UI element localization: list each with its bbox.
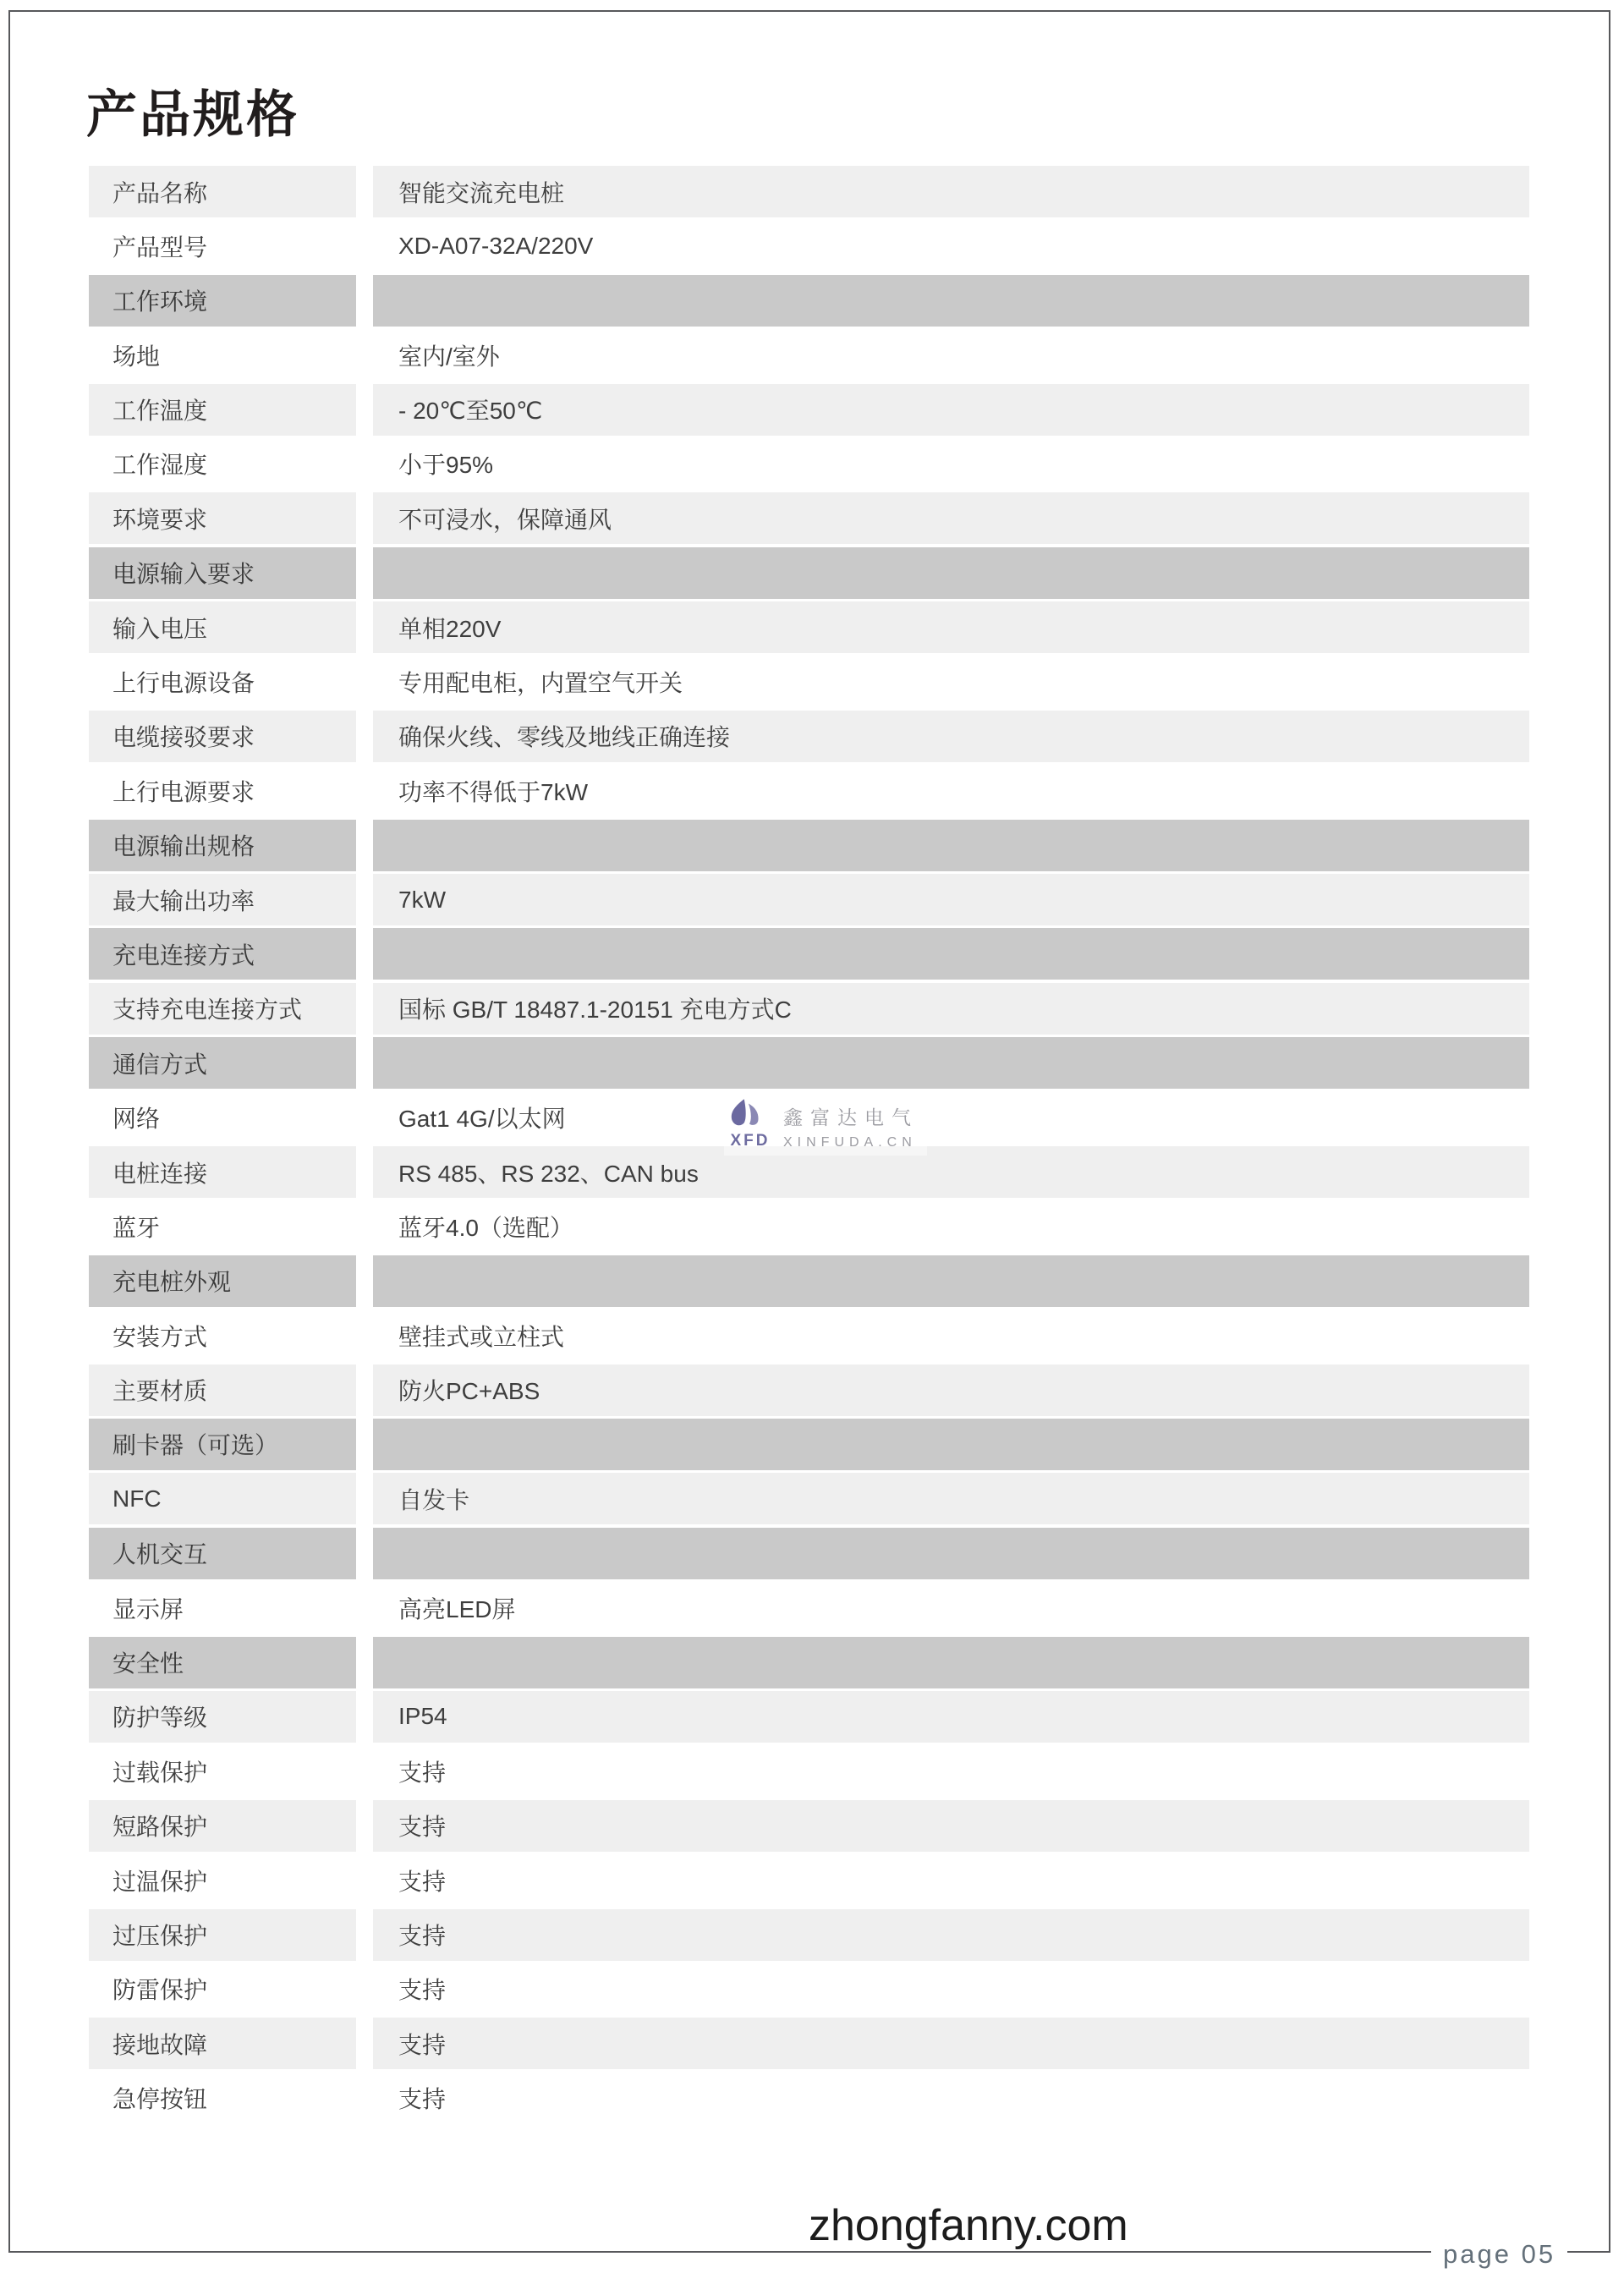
spec-row: 环境要求不可浸水，保障通风	[89, 492, 1529, 544]
spec-value-cell: 支持	[373, 2073, 1529, 2124]
spec-value-cell	[373, 275, 1529, 327]
spec-label-cell: 充电连接方式	[89, 928, 356, 980]
spec-value-cell: 专用配电柜，内置空气开关	[373, 656, 1529, 708]
spec-label-cell: 环境要求	[89, 492, 356, 544]
spec-label-cell: 工作环境	[89, 275, 356, 327]
spec-label-cell: 工作湿度	[89, 438, 356, 490]
spec-value-cell: 国标 GB/T 18487.1-20151 充电方式C	[373, 983, 1529, 1035]
spec-value-cell: 防火PC+ABS	[373, 1364, 1529, 1416]
footer-page-number: page 05	[1431, 2239, 1567, 2270]
spec-value-cell: - 20℃至50℃	[373, 384, 1529, 436]
spec-label-cell: 产品名称	[89, 166, 356, 217]
spec-value-cell	[373, 1255, 1529, 1307]
spec-row: 电缆接驳要求确保火线、零线及地线正确连接	[89, 711, 1529, 762]
spec-label-cell: 电源输入要求	[89, 547, 356, 599]
spec-value-cell	[373, 1637, 1529, 1688]
spec-label-cell: 过压保护	[89, 1909, 356, 1961]
spec-label-cell: 安全性	[89, 1637, 356, 1688]
spec-value-cell: 自发卡	[373, 1473, 1529, 1524]
spec-row: 最大输出功率7kW	[89, 874, 1529, 925]
spec-value-cell: 支持	[373, 1745, 1529, 1797]
footer-site-text: zhongfanny.com	[809, 2200, 1128, 2251]
spec-label-cell: 输入电压	[89, 601, 356, 653]
spec-value-cell	[373, 820, 1529, 871]
spec-label-cell: 上行电源设备	[89, 656, 356, 708]
spec-label-cell: 安装方式	[89, 1309, 356, 1361]
spec-value-cell	[373, 547, 1529, 599]
spec-label-cell: 刷卡器（可选）	[89, 1419, 356, 1470]
spec-value-cell: XD-A07-32A/220V	[373, 220, 1529, 272]
spec-value-cell: 支持	[373, 1854, 1529, 1906]
spec-label-cell: NFC	[89, 1473, 356, 1524]
spec-value-cell: 高亮LED屏	[373, 1582, 1529, 1633]
spec-label-cell: 接地故障	[89, 2018, 356, 2069]
section-header-row: 人机交互	[89, 1528, 1529, 1579]
spec-label-cell: 电源输出规格	[89, 820, 356, 871]
spec-label-cell: 工作温度	[89, 384, 356, 436]
spec-row: 安装方式壁挂式或立柱式	[89, 1309, 1529, 1361]
spec-value-cell: 智能交流充电桩	[373, 166, 1529, 217]
spec-label-cell: 主要材质	[89, 1364, 356, 1416]
spec-label-cell: 短路保护	[89, 1800, 356, 1852]
spec-value-cell	[373, 1419, 1529, 1470]
watermark-brand-text: 鑫富达电气	[783, 1102, 919, 1130]
spec-row: 蓝牙蓝牙4.0（选配）	[89, 1200, 1529, 1252]
spec-label-cell: 产品型号	[89, 220, 356, 272]
spec-label-cell: 电桩连接	[89, 1146, 356, 1198]
spec-value-cell: 室内/室外	[373, 329, 1529, 381]
spec-row: 接地故障支持	[89, 2018, 1529, 2069]
spec-label-cell: 网络	[89, 1092, 356, 1144]
spec-row: 上行电源设备专用配电柜，内置空气开关	[89, 656, 1529, 708]
spec-label-cell: 场地	[89, 329, 356, 381]
spec-value-cell	[373, 928, 1529, 980]
spec-value-cell: RS 485、RS 232、CAN bus	[373, 1146, 1529, 1198]
spec-value-cell: 支持	[373, 1963, 1529, 2015]
spec-value-cell: 确保火线、零线及地线正确连接	[373, 711, 1529, 762]
spec-value-cell: 7kW	[373, 874, 1529, 925]
spec-label-cell: 过温保护	[89, 1854, 356, 1906]
spec-label-cell: 上行电源要求	[89, 765, 356, 816]
spec-row: 急停按钮支持	[89, 2073, 1529, 2124]
spec-value-cell: 支持	[373, 2018, 1529, 2069]
spec-row: 产品型号XD-A07-32A/220V	[89, 220, 1529, 272]
section-header-row: 安全性	[89, 1637, 1529, 1688]
spec-label-cell: 支持充电连接方式	[89, 983, 356, 1035]
xinfuda-logo-icon	[729, 1098, 771, 1130]
spec-row: 过压保护支持	[89, 1909, 1529, 1961]
spec-row: 输入电压单相220V	[89, 601, 1529, 653]
spec-sheet-page: 产品规格 产品名称智能交流充电桩产品型号XD-A07-32A/220V工作环境场…	[0, 0, 1624, 2273]
section-header-row: 充电桩外观	[89, 1255, 1529, 1307]
page-title: 产品规格	[86, 74, 299, 147]
spec-label-cell: 防雷保护	[89, 1963, 356, 2015]
spec-value-cell	[373, 1037, 1529, 1089]
spec-label-cell: 通信方式	[89, 1037, 356, 1089]
spec-row: 防护等级IP54	[89, 1691, 1529, 1743]
spec-row: 支持充电连接方式国标 GB/T 18487.1-20151 充电方式C	[89, 983, 1529, 1035]
spec-label-cell: 防护等级	[89, 1691, 356, 1743]
spec-row: 主要材质防火PC+ABS	[89, 1364, 1529, 1416]
section-header-row: 工作环境	[89, 275, 1529, 327]
spec-row: 过温保护支持	[89, 1854, 1529, 1906]
spec-label-cell: 人机交互	[89, 1528, 356, 1579]
spec-row: 场地室内/室外	[89, 329, 1529, 381]
spec-label-cell: 最大输出功率	[89, 874, 356, 925]
spec-row: 产品名称智能交流充电桩	[89, 166, 1529, 217]
section-header-row: 充电连接方式	[89, 928, 1529, 980]
spec-row: 防雷保护支持	[89, 1963, 1529, 2015]
spec-label-cell: 充电桩外观	[89, 1255, 356, 1307]
spec-value-cell: 壁挂式或立柱式	[373, 1309, 1529, 1361]
spec-row: 上行电源要求功率不得低于7kW	[89, 765, 1529, 816]
spec-value-cell: 蓝牙4.0（选配）	[373, 1200, 1529, 1252]
spec-label-cell: 蓝牙	[89, 1200, 356, 1252]
spec-value-cell: 支持	[373, 1909, 1529, 1961]
section-header-row: 电源输入要求	[89, 547, 1529, 599]
spec-value-cell: IP54	[373, 1691, 1529, 1743]
spec-value-cell: 支持	[373, 1800, 1529, 1852]
section-header-row: 电源输出规格	[89, 820, 1529, 871]
section-header-row: 通信方式	[89, 1037, 1529, 1089]
spec-row: 显示屏高亮LED屏	[89, 1582, 1529, 1633]
spec-label-cell: 电缆接驳要求	[89, 711, 356, 762]
spec-value-cell: 功率不得低于7kW	[373, 765, 1529, 816]
spec-value-cell	[373, 1528, 1529, 1579]
section-header-row: 刷卡器（可选）	[89, 1419, 1529, 1470]
spec-row: 过载保护支持	[89, 1745, 1529, 1797]
spec-row: 短路保护支持	[89, 1800, 1529, 1852]
spec-value-cell: 单相220V	[373, 601, 1529, 653]
watermark-abbr-text: XFD	[731, 1132, 771, 1150]
spec-value-cell: 小于95%	[373, 438, 1529, 490]
spec-value-cell: Gat1 4G/以太网	[373, 1092, 1529, 1144]
spec-label-cell: 急停按钮	[89, 2073, 356, 2124]
spec-row: NFC自发卡	[89, 1473, 1529, 1524]
spec-row: 工作温度- 20℃至50℃	[89, 384, 1529, 436]
watermark: 鑫富达电气 XFD XINFUDA.CN	[724, 1093, 927, 1156]
watermark-domain-text: XINFUDA.CN	[783, 1135, 919, 1150]
spec-value-cell: 不可浸水，保障通风	[373, 492, 1529, 544]
spec-label-cell: 过载保护	[89, 1745, 356, 1797]
spec-row: 工作湿度小于95%	[89, 438, 1529, 490]
spec-label-cell: 显示屏	[89, 1582, 356, 1633]
